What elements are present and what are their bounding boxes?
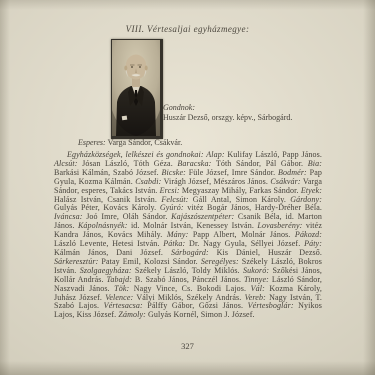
- congregation-names: Megyaszay Mihály, Farkas Sándor.: [180, 186, 299, 195]
- congregation-place: Csákvár:: [268, 177, 301, 186]
- congregation-names: Vályi Miklós, Székely András.: [133, 293, 241, 302]
- congregation-names: Halász István, Csanik István.: [54, 195, 157, 204]
- congregation-place: Tabajd:: [104, 275, 132, 284]
- congregation-names: vitéz Bogár János, Hardy-Dréher Béla.: [184, 203, 322, 212]
- congregation-names: Kis Dániel, Huszár Dezső.: [209, 248, 322, 257]
- congregation-place: Alcsút:: [54, 159, 78, 168]
- congregation-place: Seregélyes:: [198, 257, 239, 266]
- congregation-names: Gulyás Kornél, Simon J. József.: [146, 310, 255, 319]
- congregation-place: Pákozd:: [290, 230, 322, 239]
- esperes-value: Varga Sándor, Csákvár.: [108, 138, 183, 147]
- congregation-place: Kajászószentpéter:: [168, 212, 235, 221]
- congregation-place: Bodmér:: [275, 168, 307, 177]
- congregation-place: Bia:: [303, 159, 322, 168]
- congregation-place: Vértesboglár:: [243, 301, 294, 310]
- congregation-place: Ercsi:: [157, 186, 179, 195]
- esperes-line: Esperes: Varga Sándor, Csákvár.: [78, 138, 182, 147]
- congregation-names: Székely László, Toldy Miklós.: [132, 266, 240, 275]
- portrait-photo-illustration: [112, 40, 160, 136]
- congregation-names: Kálmán János, Dani József.: [54, 248, 163, 257]
- chapter-heading: VIII. Vértesaljai egyházmegye:: [0, 24, 375, 34]
- congregation-place: Sukoró:: [240, 266, 269, 275]
- congregations-lead-in: Egyházközségek, lelkészei és gondnokai:: [67, 150, 204, 159]
- book-page: VIII. Vértesaljai egyházmegye:: [0, 0, 375, 375]
- congregation-place: Szolgaegyháza:: [76, 266, 131, 275]
- page-number: 327: [0, 341, 375, 351]
- gondnok-value: Huszár Dezső, orszgy. képv., Sárbogárd.: [163, 113, 313, 123]
- congregation-names: id. Molnár István, Kenessey István.: [128, 221, 254, 230]
- congregation-names: László Levente, Hetesi István.: [54, 239, 160, 248]
- congregation-place: Felcsút:: [157, 195, 188, 204]
- congregation-place: Gárdony:: [286, 195, 322, 204]
- congregation-names: B. Szabó János, Pánczél János.: [132, 275, 241, 284]
- congregation-names: Pálffy Gábor, Gőzsi János.: [143, 301, 243, 310]
- congregation-place: Vereb:: [241, 293, 265, 302]
- congregation-place: Vértesacsa:: [99, 301, 143, 310]
- congregation-names: Virágh József, Mészáros János.: [161, 177, 268, 186]
- congregation-names: Füle József, Imre Sándor.: [186, 168, 275, 177]
- esperes-label: Esperes:: [78, 138, 106, 147]
- congregation-place: Csabdi:: [133, 177, 162, 186]
- congregation-place: Velence:: [102, 293, 133, 302]
- congregation-place: Sárkeresztúr:: [54, 257, 98, 266]
- congregation-place: Alap:: [204, 150, 225, 159]
- congregation-place: Iváncsa:: [54, 212, 83, 221]
- congregation-place: Vál:: [246, 284, 265, 293]
- congregation-names: Papp Albert, Molnár János.: [188, 230, 290, 239]
- congregation-place: Kápolnásnyék:: [75, 221, 128, 230]
- congregation-names: Jósan László, Tóth Géza.: [78, 159, 173, 168]
- congregation-place: Baracska:: [173, 159, 212, 168]
- congregation-names: Nagy Vince, Cs. Bokodi Lajos.: [129, 284, 246, 293]
- gondnok-label: Gondnok:: [163, 103, 313, 113]
- portrait-photo: [111, 39, 163, 139]
- congregation-place: Tinnye:: [241, 275, 269, 284]
- gondnok-block: Gondnok: Huszár Dezső, orszgy. képv., Sá…: [163, 103, 313, 123]
- congregation-place: Zámoly:: [116, 310, 146, 319]
- congregation-names: Gáll Antal, Simon Károly.: [189, 195, 286, 204]
- congregation-names: Kulifay László, Papp János.: [225, 150, 322, 159]
- congregations-paragraph: Egyházközségek, lelkészei és gondnokai: …: [54, 151, 322, 320]
- congregation-place: Etyek:: [299, 186, 322, 195]
- congregation-names: Barkási Kálmán, Szabó József.: [54, 168, 159, 177]
- congregation-names: Gulyás Péter, Kovács Károly.: [54, 203, 156, 212]
- congregation-place: Bicske:: [159, 168, 186, 177]
- congregation-place: Lovasberény:: [254, 221, 302, 230]
- congregation-place: Gyúró:: [156, 203, 183, 212]
- congregation-place: Tök:: [110, 284, 130, 293]
- congregation-place: Mány:: [162, 230, 188, 239]
- congregation-place: Sárbogárd:: [163, 248, 209, 257]
- congregation-names: Joó Imre, Oláh Sándor.: [83, 212, 168, 221]
- congregation-place: Pátka:: [160, 239, 186, 248]
- congregation-names: Patay Emil, Kolozsi Sándor.: [98, 257, 197, 266]
- congregation-entries: Alap: Kulifay László, Papp János. Alcsút…: [54, 150, 322, 319]
- congregation-names: Tóth Sándor, Pál Gábor.: [211, 159, 303, 168]
- congregation-names: Dr. Nagy Gyula, Séllyei József.: [185, 239, 300, 248]
- congregation-place: Páty:: [300, 239, 322, 248]
